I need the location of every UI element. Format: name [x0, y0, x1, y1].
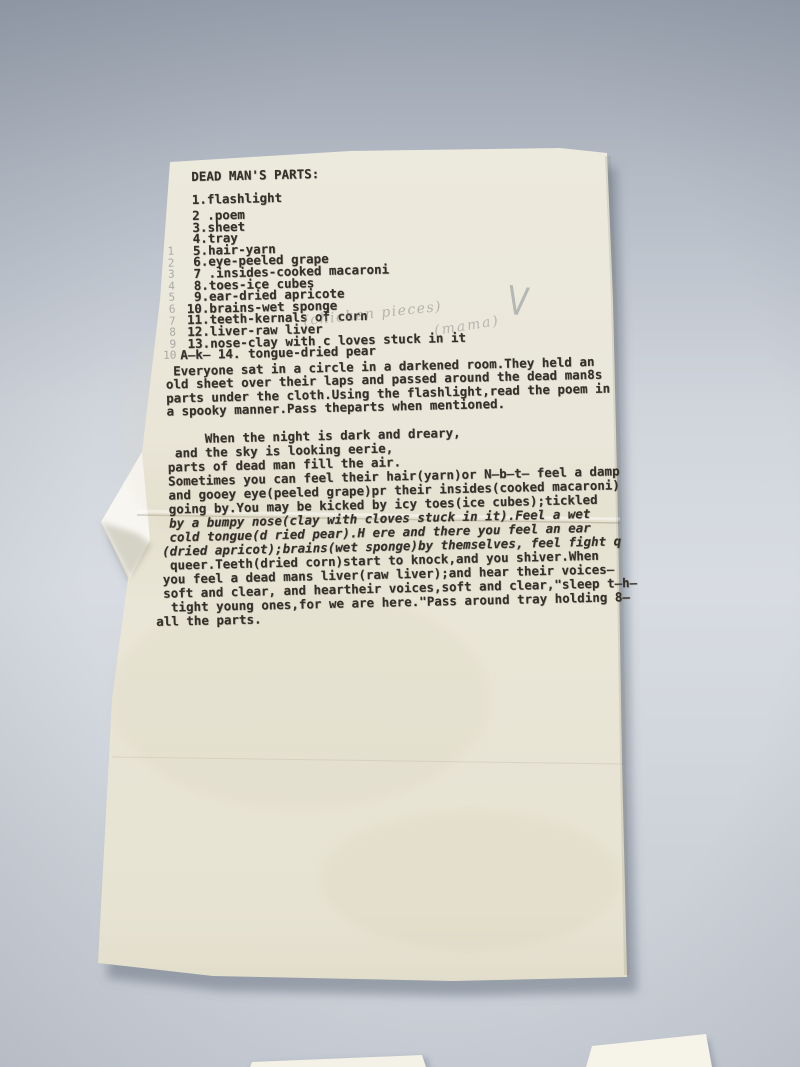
- instructions-paragraph: Everyone sat in a circle in a darkened r…: [150, 353, 661, 418]
- pencil-margin-numbers: 12345678910: [156, 246, 177, 362]
- photo-scene: DEAD MAN'S PARTS: 1.flashlight 2 .poem 3…: [0, 0, 800, 1067]
- pencil-margin-number: 10: [158, 350, 176, 362]
- typed-document: DEAD MAN'S PARTS: 1.flashlight 2 .poem 3…: [146, 160, 666, 629]
- parts-list: 2 .poem 3.sheet 4.tray 5.hair-yarn 6.eye…: [147, 199, 660, 361]
- poem-text: When the night is dark and dreary, and t…: [152, 422, 666, 630]
- paper-stain: [320, 810, 620, 950]
